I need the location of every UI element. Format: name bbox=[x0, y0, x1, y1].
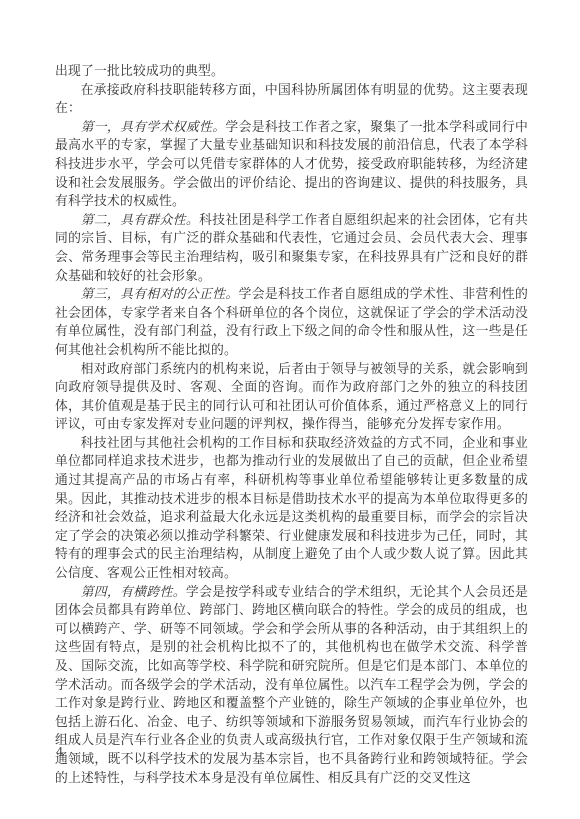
paragraph-third-point: 第三，具有相对的公正性。学会是科技工作者自愿组成的学术性、非营利性的社会团体，专… bbox=[55, 286, 528, 360]
paragraph-body: 学会是按学科或专业结合的学术组织，无论其个人会员还是团体会员都具有跨单位、跨部门… bbox=[55, 585, 528, 786]
paragraph-lead: 第三，具有相对的公正性。 bbox=[81, 287, 239, 302]
paragraph-lead: 第二，具有群众性。 bbox=[81, 213, 199, 228]
paragraph-fourth-point: 第四，有横跨性。学会是按学科或专业结合的学术组织，无论其个人会员还是团体会员都具… bbox=[55, 584, 528, 789]
paragraph-lead: 第四，有横跨性。 bbox=[81, 585, 186, 600]
paragraph-body: 在承接政府科技职能转移方面，中国科协所属团体有明显的优势。这主要表现在： bbox=[55, 83, 528, 117]
paragraph-social-org-comparison: 科技社团与其他社会机构的工作目标和获取经济效益的方式不同，企业和事业单位都同样追… bbox=[55, 435, 528, 584]
paragraph-lead: 第一，具有学术权威性。 bbox=[81, 120, 226, 135]
paragraph-second-point: 第二，具有群众性。科技社团是科学工作者自愿组织起来的社会团体，它有共同的宗旨、目… bbox=[55, 212, 528, 286]
document-page: 出现了一批比较成功的典型。 在承接政府科技职能转移方面，中国科协所属团体有明显的… bbox=[0, 0, 580, 819]
paragraph-body: 相对政府部门系统内的机构来说，后者由于领导与被领导的关系，就会影响到向政府领导提… bbox=[55, 362, 528, 433]
paragraph-first-point: 第一，具有学术权威性。学会是科技工作者之家，聚集了一批本学科或同行中最高水平的专… bbox=[55, 119, 528, 212]
paragraph-body: 科技社团与其他社会机构的工作目标和获取经济效益的方式不同，企业和事业单位都同样追… bbox=[55, 436, 528, 581]
paragraph-body: 出现了一批比较成功的典型。 bbox=[55, 64, 224, 79]
paragraph-government-comparison: 相对政府部门系统内的机构来说，后者由于领导与被领导的关系，就会影响到向政府领导提… bbox=[55, 361, 528, 435]
paragraph-continuation: 出现了一批比较成功的典型。 bbox=[55, 63, 528, 82]
page-number: 4 bbox=[56, 744, 64, 760]
paragraph-intro: 在承接政府科技职能转移方面，中国科协所属团体有明显的优势。这主要表现在： bbox=[55, 82, 528, 119]
page-text-block: 出现了一批比较成功的典型。 在承接政府科技职能转移方面，中国科协所属团体有明显的… bbox=[55, 63, 528, 788]
